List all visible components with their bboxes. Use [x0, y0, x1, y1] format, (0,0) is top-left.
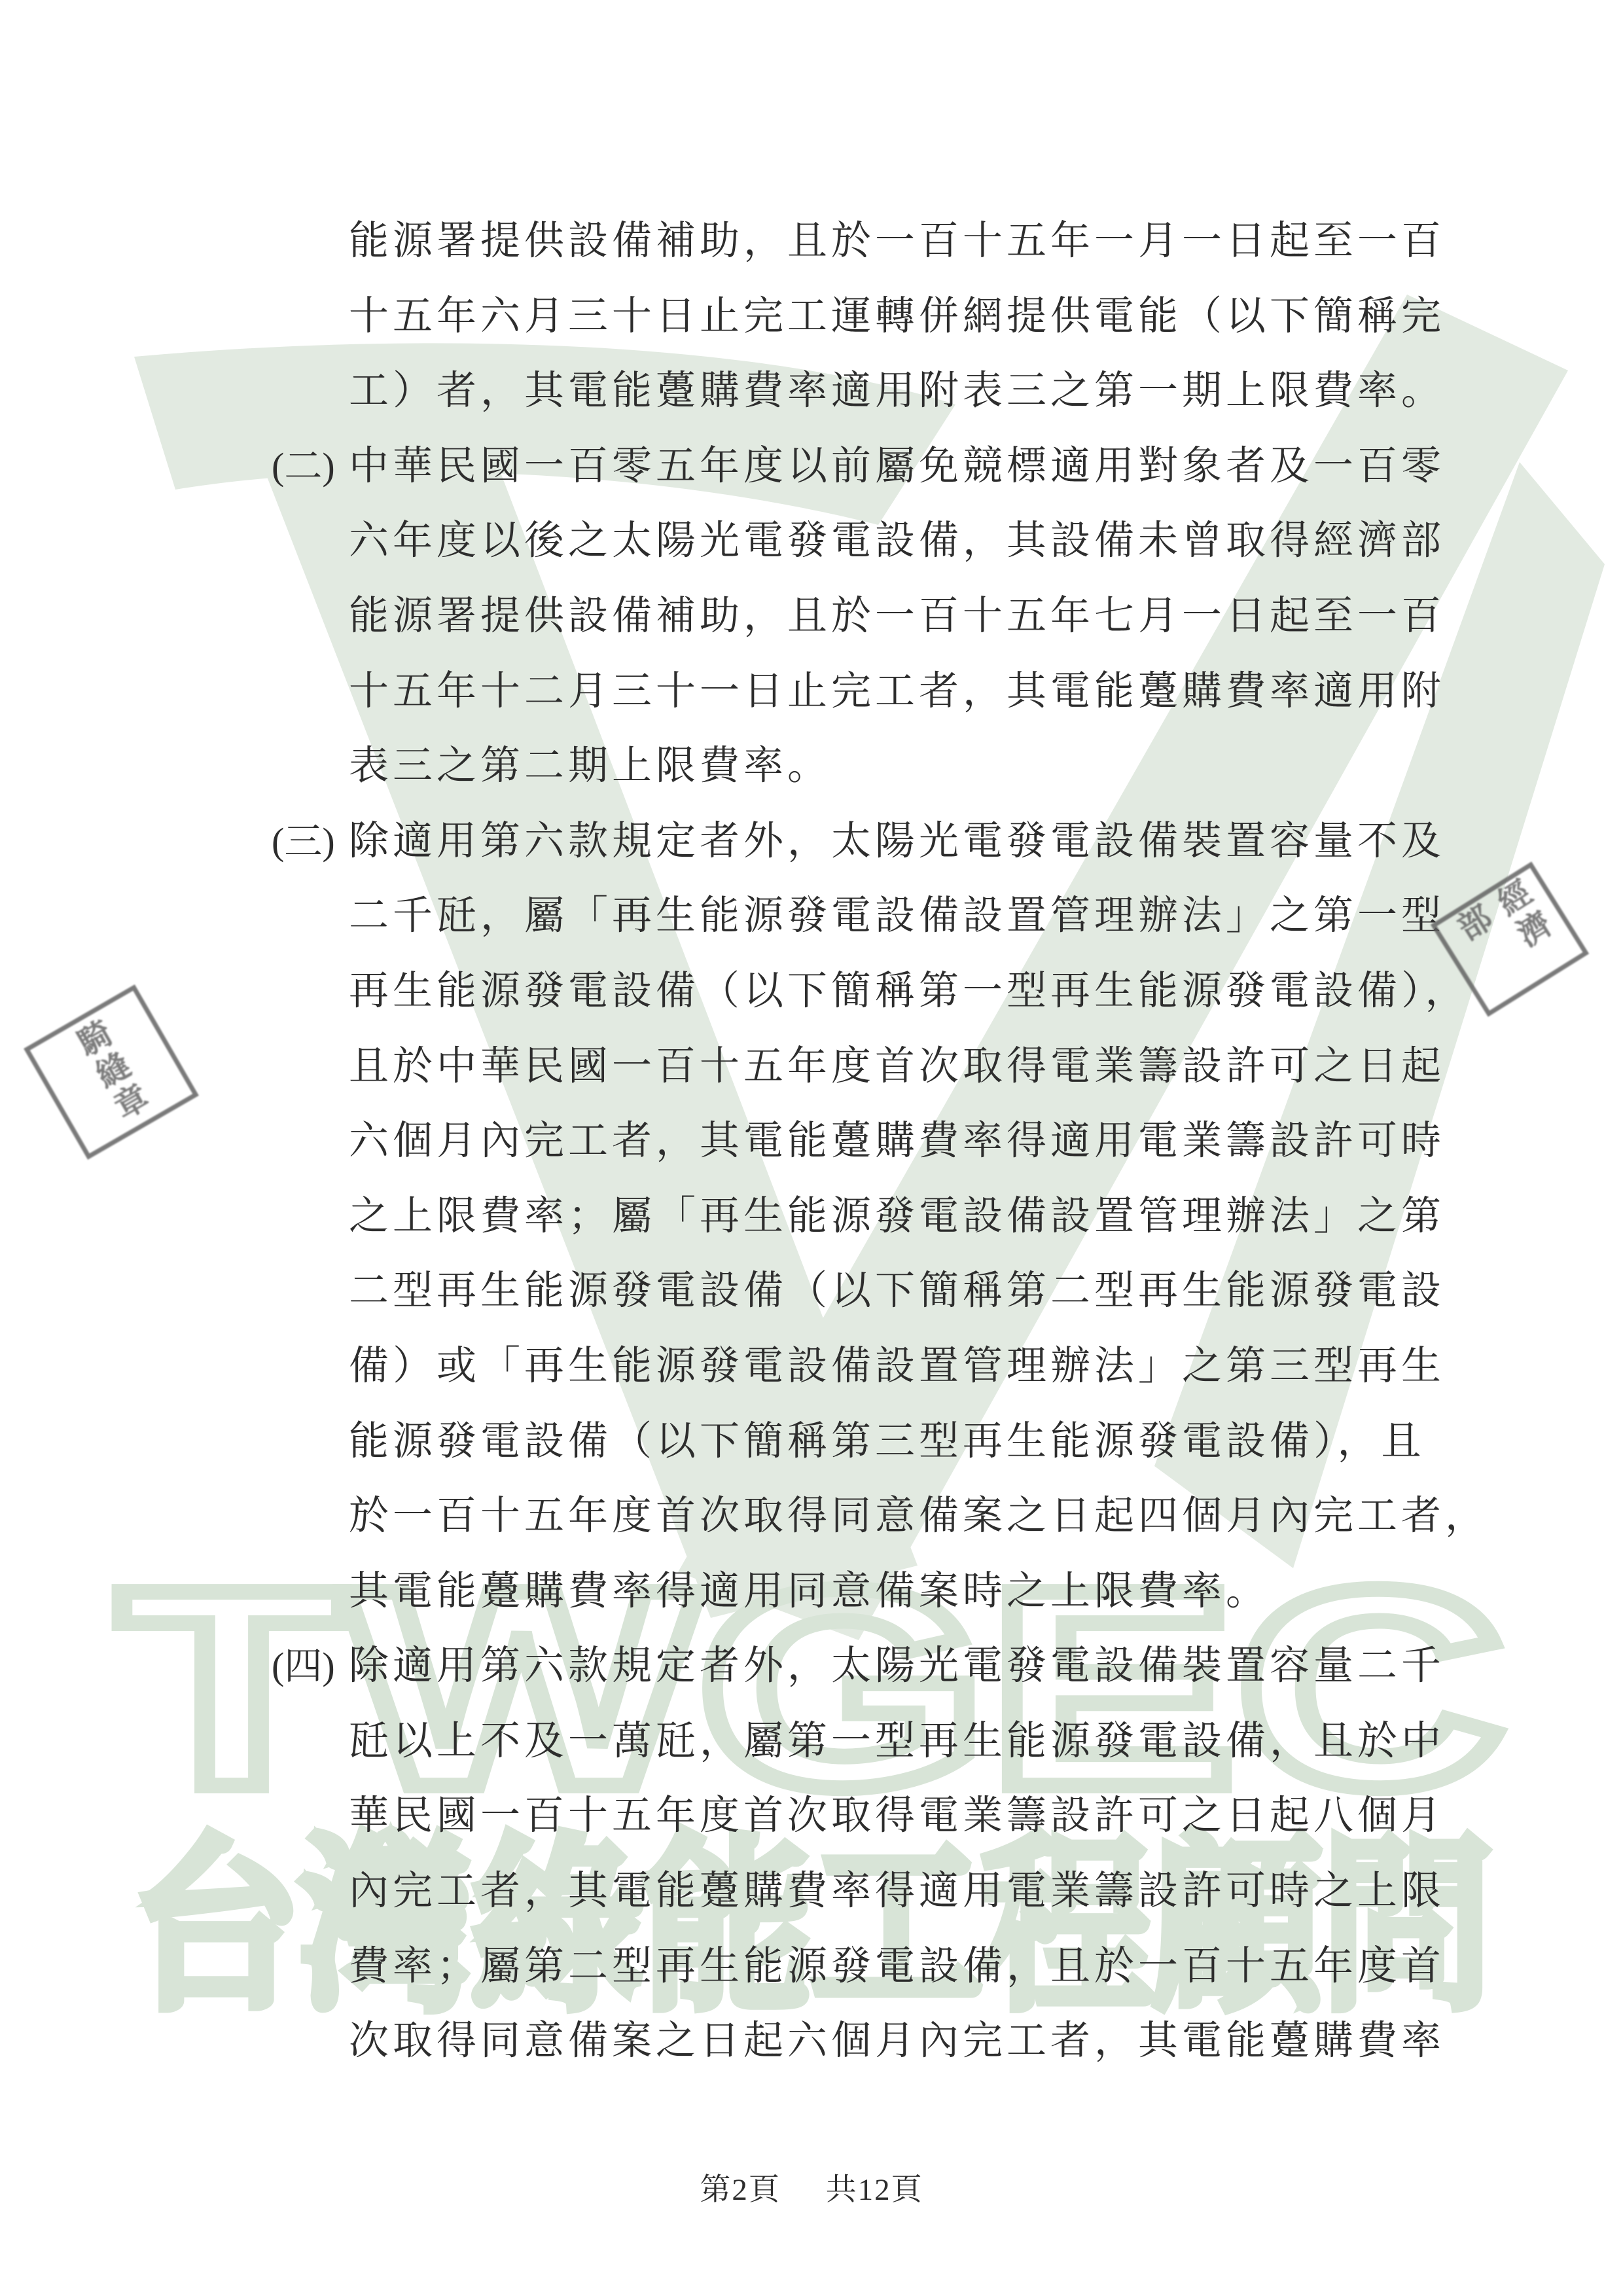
- line-text: 其電能躉購費率得適用同意備案時之上限費率。: [349, 1570, 1270, 1613]
- line-text: 於一百十五年度首次取得同意備案之日起四個月內完工者，: [349, 1494, 1489, 1538]
- body-text-line: 次取得同意備案之日起六個月內完工者，其電能躉購費率: [272, 2004, 1515, 2079]
- line-text: 能源署提供設備補助，且於一百十五年一月一日起至一百: [349, 219, 1445, 263]
- body-text-line: 十五年六月三十日止完工運轉併網提供電能（以下簡稱完: [272, 279, 1515, 355]
- document-body-text: 能源署提供設備補助，且於一百十五年一月一日起至一百十五年六月三十日止完工運轉併網…: [272, 204, 1515, 2079]
- body-text-line: 瓩以上不及一萬瓩，屬第一型再生能源發電設備，且於中: [272, 1704, 1515, 1780]
- line-text: 再生能源發電設備（以下簡稱第一型再生能源發電設備），: [349, 969, 1469, 1013]
- line-text: 六個月內完工者，其電能躉購費率得適用電業籌設許可時: [349, 1119, 1445, 1163]
- body-text-line: 表三之第二期上限費率。: [272, 729, 1515, 804]
- section-marker: (二): [272, 429, 349, 505]
- body-text-line: 費率；屬第二型再生能源發電設備，且於一百十五年度首: [272, 1929, 1515, 2005]
- line-text: 能源發電設備（以下簡稱第三型再生能源發電設備），且: [349, 1420, 1425, 1463]
- body-text-line: 其電能躉購費率得適用同意備案時之上限費率。: [272, 1554, 1515, 1630]
- body-text-line: 且於中華民國一百十五年度首次取得電業籌設許可之日起: [272, 1030, 1515, 1105]
- page-footer: 第2頁 共12頁: [0, 2165, 1623, 2209]
- scanned-page: { "page": { "background": "#ffffff", "te…: [0, 0, 1623, 2296]
- section-marker: (三): [272, 804, 349, 880]
- body-text-line: (四)除適用第六款規定者外，太陽光電發電設備裝置容量二千: [272, 1629, 1515, 1704]
- body-text-line: 能源署提供設備補助，且於一百十五年一月一日起至一百: [272, 204, 1515, 279]
- body-text-line: 再生能源發電設備（以下簡稱第一型再生能源發電設備），: [272, 954, 1515, 1030]
- line-text: 且於中華民國一百十五年度首次取得電業籌設許可之日起: [349, 1045, 1445, 1088]
- line-text: 十五年六月三十日止完工運轉併網提供電能（以下簡稱完: [349, 295, 1445, 338]
- line-text: 六年度以後之太陽光電發電設備，其設備未曾取得經濟部: [349, 519, 1445, 563]
- line-text: 二型再生能源發電設備（以下簡稱第二型再生能源發電設: [349, 1269, 1445, 1313]
- body-text-line: 華民國一百十五年度首次取得電業籌設許可之日起八個月: [272, 1779, 1515, 1854]
- line-text: 除適用第六款規定者外，太陽光電發電設備裝置容量不及: [349, 819, 1445, 863]
- body-text-line: 能源發電設備（以下簡稱第三型再生能源發電設備），且: [272, 1405, 1515, 1480]
- total-pages: 共12頁: [826, 2173, 923, 2207]
- line-text: 內完工者，其電能躉購費率得適用電業籌設許可時之上限: [349, 1869, 1445, 1913]
- body-text-line: 二型再生能源發電設備（以下簡稱第二型再生能源發電設: [272, 1254, 1515, 1329]
- line-text: 費率；屬第二型再生能源發電設備，且於一百十五年度首: [349, 1945, 1445, 1988]
- body-text-line: 能源署提供設備補助，且於一百十五年七月一日起至一百: [272, 579, 1515, 655]
- page-number: 第2頁: [700, 2173, 781, 2207]
- line-text: 能源署提供設備補助，且於一百十五年七月一日起至一百: [349, 594, 1445, 638]
- body-text-line: 十五年十二月三十一日止完工者，其電能躉購費率適用附: [272, 655, 1515, 730]
- line-text: 中華民國一百零五年度以前屬免競標適用對象者及一百零: [349, 444, 1445, 488]
- line-text: 次取得同意備案之日起六個月內完工者，其電能躉購費率: [349, 2019, 1445, 2063]
- line-text: 瓩以上不及一萬瓩，屬第一型再生能源發電設備，且於中: [349, 1719, 1445, 1763]
- body-text-line: (三)除適用第六款規定者外，太陽光電發電設備裝置容量不及: [272, 804, 1515, 880]
- body-text-line: 六個月內完工者，其電能躉購費率得適用電業籌設許可時: [272, 1104, 1515, 1179]
- body-text-line: (二)中華民國一百零五年度以前屬免競標適用對象者及一百零: [272, 429, 1515, 505]
- line-text: 除適用第六款規定者外，太陽光電發電設備裝置容量二千: [349, 1644, 1445, 1688]
- body-text-line: 之上限費率；屬「再生能源發電設備設置管理辦法」之第: [272, 1179, 1515, 1255]
- body-text-line: 六年度以後之太陽光電發電設備，其設備未曾取得經濟部: [272, 504, 1515, 579]
- body-text-line: 工）者，其電能躉購費率適用附表三之第一期上限費率。: [272, 354, 1515, 429]
- left-stamp-text: 騎縫章: [63, 1013, 159, 1131]
- line-text: 之上限費率；屬「再生能源發電設備設置管理辦法」之第: [349, 1194, 1445, 1238]
- left-crosspage-stamp: 騎縫章: [24, 984, 199, 1160]
- line-text: 表三之第二期上限費率。: [349, 744, 831, 788]
- section-marker: (四): [272, 1629, 349, 1704]
- line-text: 十五年十二月三十一日止完工者，其電能躉購費率適用附: [349, 670, 1445, 713]
- line-text: 工）者，其電能躉購費率適用附表三之第一期上限費率。: [349, 369, 1445, 413]
- line-text: 備）或「再生能源發電設備設置管理辦法」之第三型再生: [349, 1344, 1445, 1388]
- body-text-line: 備）或「再生能源發電設備設置管理辦法」之第三型再生: [272, 1329, 1515, 1405]
- line-text: 華民國一百十五年度首次取得電業籌設許可之日起八個月: [349, 1794, 1445, 1838]
- body-text-line: 內完工者，其電能躉購費率得適用電業籌設許可時之上限: [272, 1854, 1515, 1929]
- body-text-line: 於一百十五年度首次取得同意備案之日起四個月內完工者，: [272, 1479, 1515, 1554]
- line-text: 二千瓩，屬「再生能源發電設備設置管理辦法」之第一型: [349, 894, 1445, 938]
- body-text-line: 二千瓩，屬「再生能源發電設備設置管理辦法」之第一型: [272, 879, 1515, 954]
